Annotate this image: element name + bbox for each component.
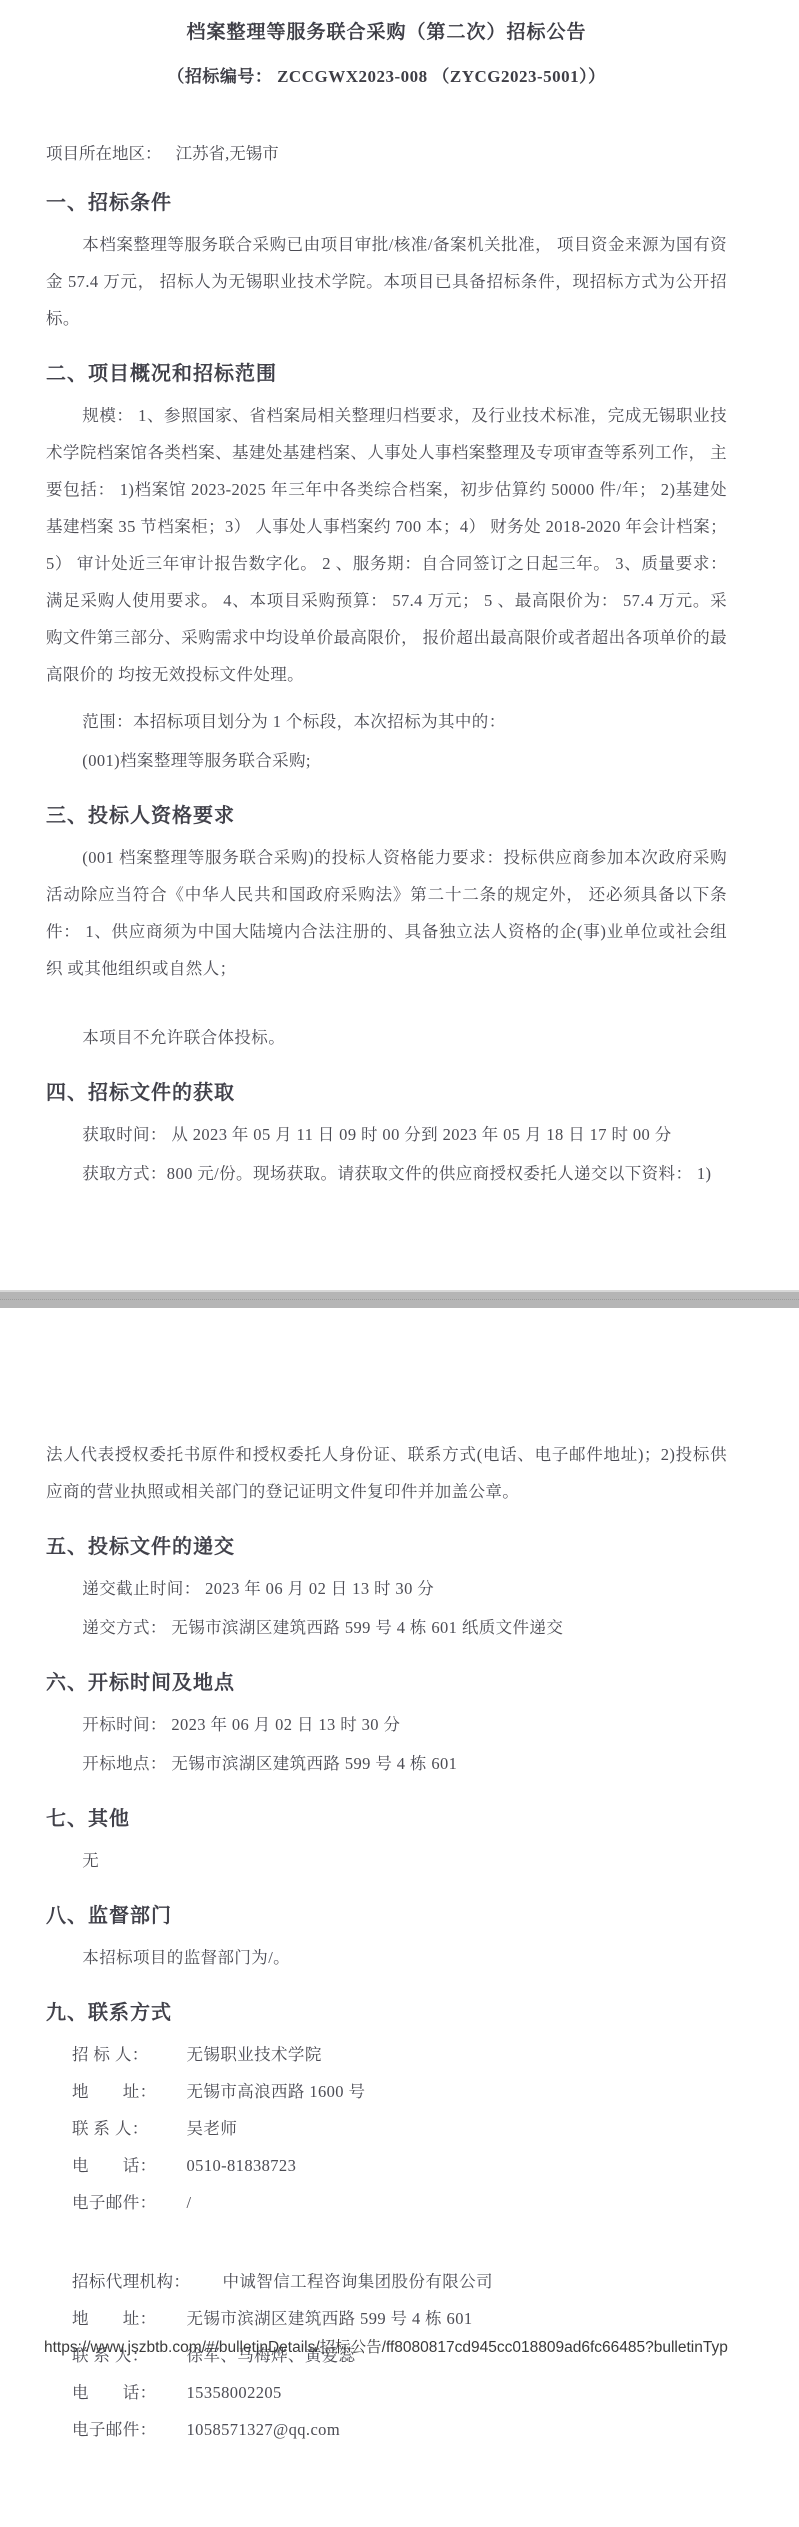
section-2-heading: 二、项目概况和招标范围 bbox=[46, 359, 727, 389]
section-6-open-place-line: 开标地点： 无锡市滨湖区建筑西路 599 号 4 栋 601 bbox=[46, 1745, 727, 1782]
section-8-body: 本招标项目的监督部门为/。 bbox=[46, 1939, 727, 1976]
section-3-body: (001 档案整理等服务联合采购)的投标人资格能力要求：投标供应商参加本次政府采… bbox=[46, 839, 727, 987]
section-1-body: 本档案整理等服务联合采购已由项目审批/核准/备案机关批准， 项目资金来源为国有资… bbox=[46, 226, 727, 337]
section-2-lot-line: (001)档案整理等服务联合采购; bbox=[46, 742, 727, 779]
doc-title: 档案整理等服务联合采购（第二次）招标公告 bbox=[46, 18, 727, 48]
contact-value: 无锡市滨湖区建筑西路 599 号 4 栋 601 bbox=[187, 2309, 473, 2328]
contact-label: 电 话： bbox=[72, 2147, 168, 2184]
tenderer-contact-block: 招 标 人： 无锡职业技术学院 地 址： 无锡市高浪西路 1600 号 联 系 … bbox=[46, 2036, 727, 2221]
section-5-deadline-line: 递交截止时间： 2023 年 06 月 02 日 13 时 30 分 bbox=[46, 1570, 727, 1607]
source-url-text: https://www.jszbtb.com/#/bulletinDetails… bbox=[44, 2338, 799, 2358]
contact-row-tenderer-address: 地 址： 无锡市高浪西路 1600 号 bbox=[46, 2073, 727, 2110]
contact-value: 中诚智信工程咨询集团股份有限公司 bbox=[223, 2272, 493, 2291]
section-9-heading: 九、联系方式 bbox=[46, 1998, 727, 2028]
section-4-continuation-paragraph: 法人代表授权委托书原件和授权委托人身份证、联系方式(电话、电子邮件地址)；2)投… bbox=[46, 1436, 727, 1510]
contact-row-tenderer-email: 电子邮件： / bbox=[46, 2184, 727, 2221]
contact-value: 1058571327@qq.com bbox=[187, 2420, 341, 2439]
contact-row-tenderer-phone: 电 话： 0510-81838723 bbox=[46, 2147, 727, 2184]
document-page-1: 档案整理等服务联合采购（第二次）招标公告 （招标编号： ZCCGWX2023-0… bbox=[0, 0, 799, 1290]
contact-row-agency-phone: 电 话： 15358002205 bbox=[46, 2374, 727, 2411]
section-7-heading: 七、其他 bbox=[46, 1804, 727, 1834]
section-6-open-time-line: 开标时间： 2023 年 06 月 02 日 13 时 30 分 bbox=[46, 1706, 727, 1743]
contact-value: / bbox=[187, 2193, 192, 2212]
doc-subtitle: （招标编号： ZCCGWX2023-008 （ZYCG2023-5001）） bbox=[46, 64, 727, 90]
contact-label: 电子邮件： bbox=[72, 2184, 168, 2221]
contact-row-tenderer-name: 招 标 人： 无锡职业技术学院 bbox=[46, 2036, 727, 2073]
section-3-heading: 三、投标人资格要求 bbox=[46, 801, 727, 831]
section-5-method-line: 递交方式： 无锡市滨湖区建筑西路 599 号 4 栋 601 纸质文件递交 bbox=[46, 1609, 727, 1646]
section-2-scale-paragraph: 规模： 1、参照国家、省档案局相关整理归档要求，及行业技术标准，完成无锡职业技术… bbox=[46, 397, 727, 693]
contact-row-agency-name: 招标代理机构： 中诚智信工程咨询集团股份有限公司 bbox=[46, 2263, 727, 2300]
section-6-heading: 六、开标时间及地点 bbox=[46, 1668, 727, 1698]
region-label: 项目所在地区： bbox=[46, 144, 162, 163]
contact-label: 电 话： bbox=[72, 2374, 168, 2411]
tender-announcement-document: 档案整理等服务联合采购（第二次）招标公告 （招标编号： ZCCGWX2023-0… bbox=[0, 0, 799, 2527]
contact-value: 吴老师 bbox=[187, 2119, 238, 2138]
section-7-body: 无 bbox=[46, 1842, 727, 1879]
contact-label: 招标代理机构： bbox=[72, 2263, 204, 2300]
section-4-obtain-time-line: 获取时间： 从 2023 年 05 月 11 日 09 时 00 分到 2023… bbox=[46, 1116, 727, 1153]
region-value: 江苏省,无锡市 bbox=[176, 144, 279, 163]
project-region-line: 项目所在地区： 江苏省,无锡市 bbox=[46, 142, 727, 166]
contact-row-agency-address: 地 址： 无锡市滨湖区建筑西路 599 号 4 栋 601 bbox=[46, 2300, 727, 2337]
section-5-heading: 五、投标文件的递交 bbox=[46, 1532, 727, 1562]
section-3-no-consortium-note: 本项目不允许联合体投标。 bbox=[46, 1019, 727, 1056]
section-1-heading: 一、招标条件 bbox=[46, 188, 727, 218]
contact-value: 无锡市高浪西路 1600 号 bbox=[187, 2082, 366, 2101]
contact-value: 无锡职业技术学院 bbox=[187, 2045, 322, 2064]
contact-label: 联 系 人： bbox=[72, 2110, 168, 2147]
section-4-heading: 四、招标文件的获取 bbox=[46, 1078, 727, 1108]
page-break-separator bbox=[0, 1290, 799, 1308]
contact-label: 招 标 人： bbox=[72, 2036, 168, 2073]
section-4-obtain-method-line: 获取方式：800 元/份。现场获取。请获取文件的供应商授权委托人递交以下资料： … bbox=[46, 1155, 727, 1192]
section-2-scope-line: 范围：本招标项目划分为 1 个标段，本次招标为其中的： bbox=[46, 703, 727, 740]
contact-value: 0510-81838723 bbox=[187, 2156, 297, 2175]
contact-label: 地 址： bbox=[72, 2300, 168, 2337]
contact-row-agency-email: 电子邮件： 1058571327@qq.com bbox=[46, 2411, 727, 2448]
contact-value: 15358002205 bbox=[187, 2383, 282, 2402]
contact-label: 电子邮件： bbox=[72, 2411, 168, 2448]
contact-row-tenderer-person: 联 系 人： 吴老师 bbox=[46, 2110, 727, 2147]
section-8-heading: 八、监督部门 bbox=[46, 1901, 727, 1931]
contact-label: 地 址： bbox=[72, 2073, 168, 2110]
